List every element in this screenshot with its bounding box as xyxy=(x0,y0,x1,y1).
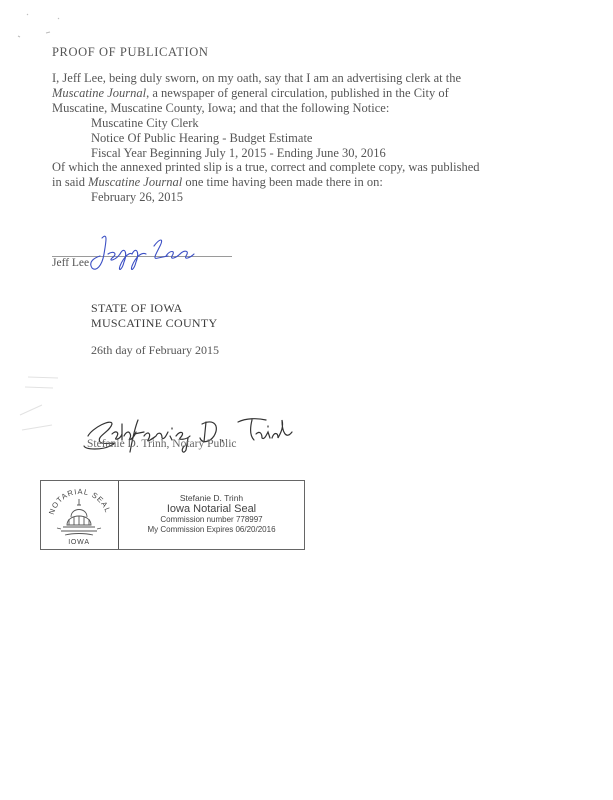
seal-expiration: My Commission Expires 06/20/2016 xyxy=(119,525,304,535)
newspaper-name: Muscatine Journal xyxy=(52,86,146,100)
notary-printed-line: Stefanie D. Trinh, Notary Public xyxy=(87,438,237,450)
venue-county: MUSCATINE COUNTY xyxy=(91,316,217,331)
svg-text:IOWA: IOWA xyxy=(68,539,90,546)
newspaper-name: Muscatine Journal xyxy=(88,175,182,189)
seal-details: Stefanie D. Trinh Iowa Notarial Seal Com… xyxy=(119,481,304,549)
notice-item-clerk: Muscatine City Clerk xyxy=(91,116,199,131)
notice-item-fiscal-year: Fiscal Year Beginning July 1, 2015 - End… xyxy=(91,146,386,161)
paragraph2-line1: Of which the annexed printed slip is a t… xyxy=(52,160,480,175)
paragraph1-line3: Muscatine, Muscatine County, Iowa; and t… xyxy=(52,101,389,116)
paragraph1-line2: Muscatine Journal, a newspaper of genera… xyxy=(52,86,449,101)
venue-state: STATE OF IOWA xyxy=(91,301,183,316)
notice-item-hearing: Notice Of Public Hearing - Budget Estima… xyxy=(91,131,312,146)
affiant-signature xyxy=(88,232,198,277)
seal-heading: Iowa Notarial Seal xyxy=(119,503,304,515)
seal-commission-number: Commission number 778997 xyxy=(119,515,304,525)
paragraph1-line1: I, Jeff Lee, being duly sworn, on my oat… xyxy=(52,71,461,86)
sworn-date: 26th day of February 2015 xyxy=(91,343,219,358)
capitol-dome-icon: NOTARIAL SEAL IOWA xyxy=(41,481,118,549)
paragraph2-line2: in said Muscatine Journal one time havin… xyxy=(52,175,383,190)
seal-notary-name: Stefanie D. Trinh xyxy=(119,493,304,503)
seal-emblem: NOTARIAL SEAL IOWA xyxy=(41,481,119,549)
affiant-printed-name: Jeff Lee xyxy=(52,257,89,269)
svg-text:NOTARIAL SEAL: NOTARIAL SEAL xyxy=(47,487,113,516)
publication-date: February 26, 2015 xyxy=(91,190,183,205)
document-title: PROOF OF PUBLICATION xyxy=(52,45,208,60)
notarial-seal-stamp: NOTARIAL SEAL IOWA Stefanie D. Trinh Iow… xyxy=(40,480,305,550)
